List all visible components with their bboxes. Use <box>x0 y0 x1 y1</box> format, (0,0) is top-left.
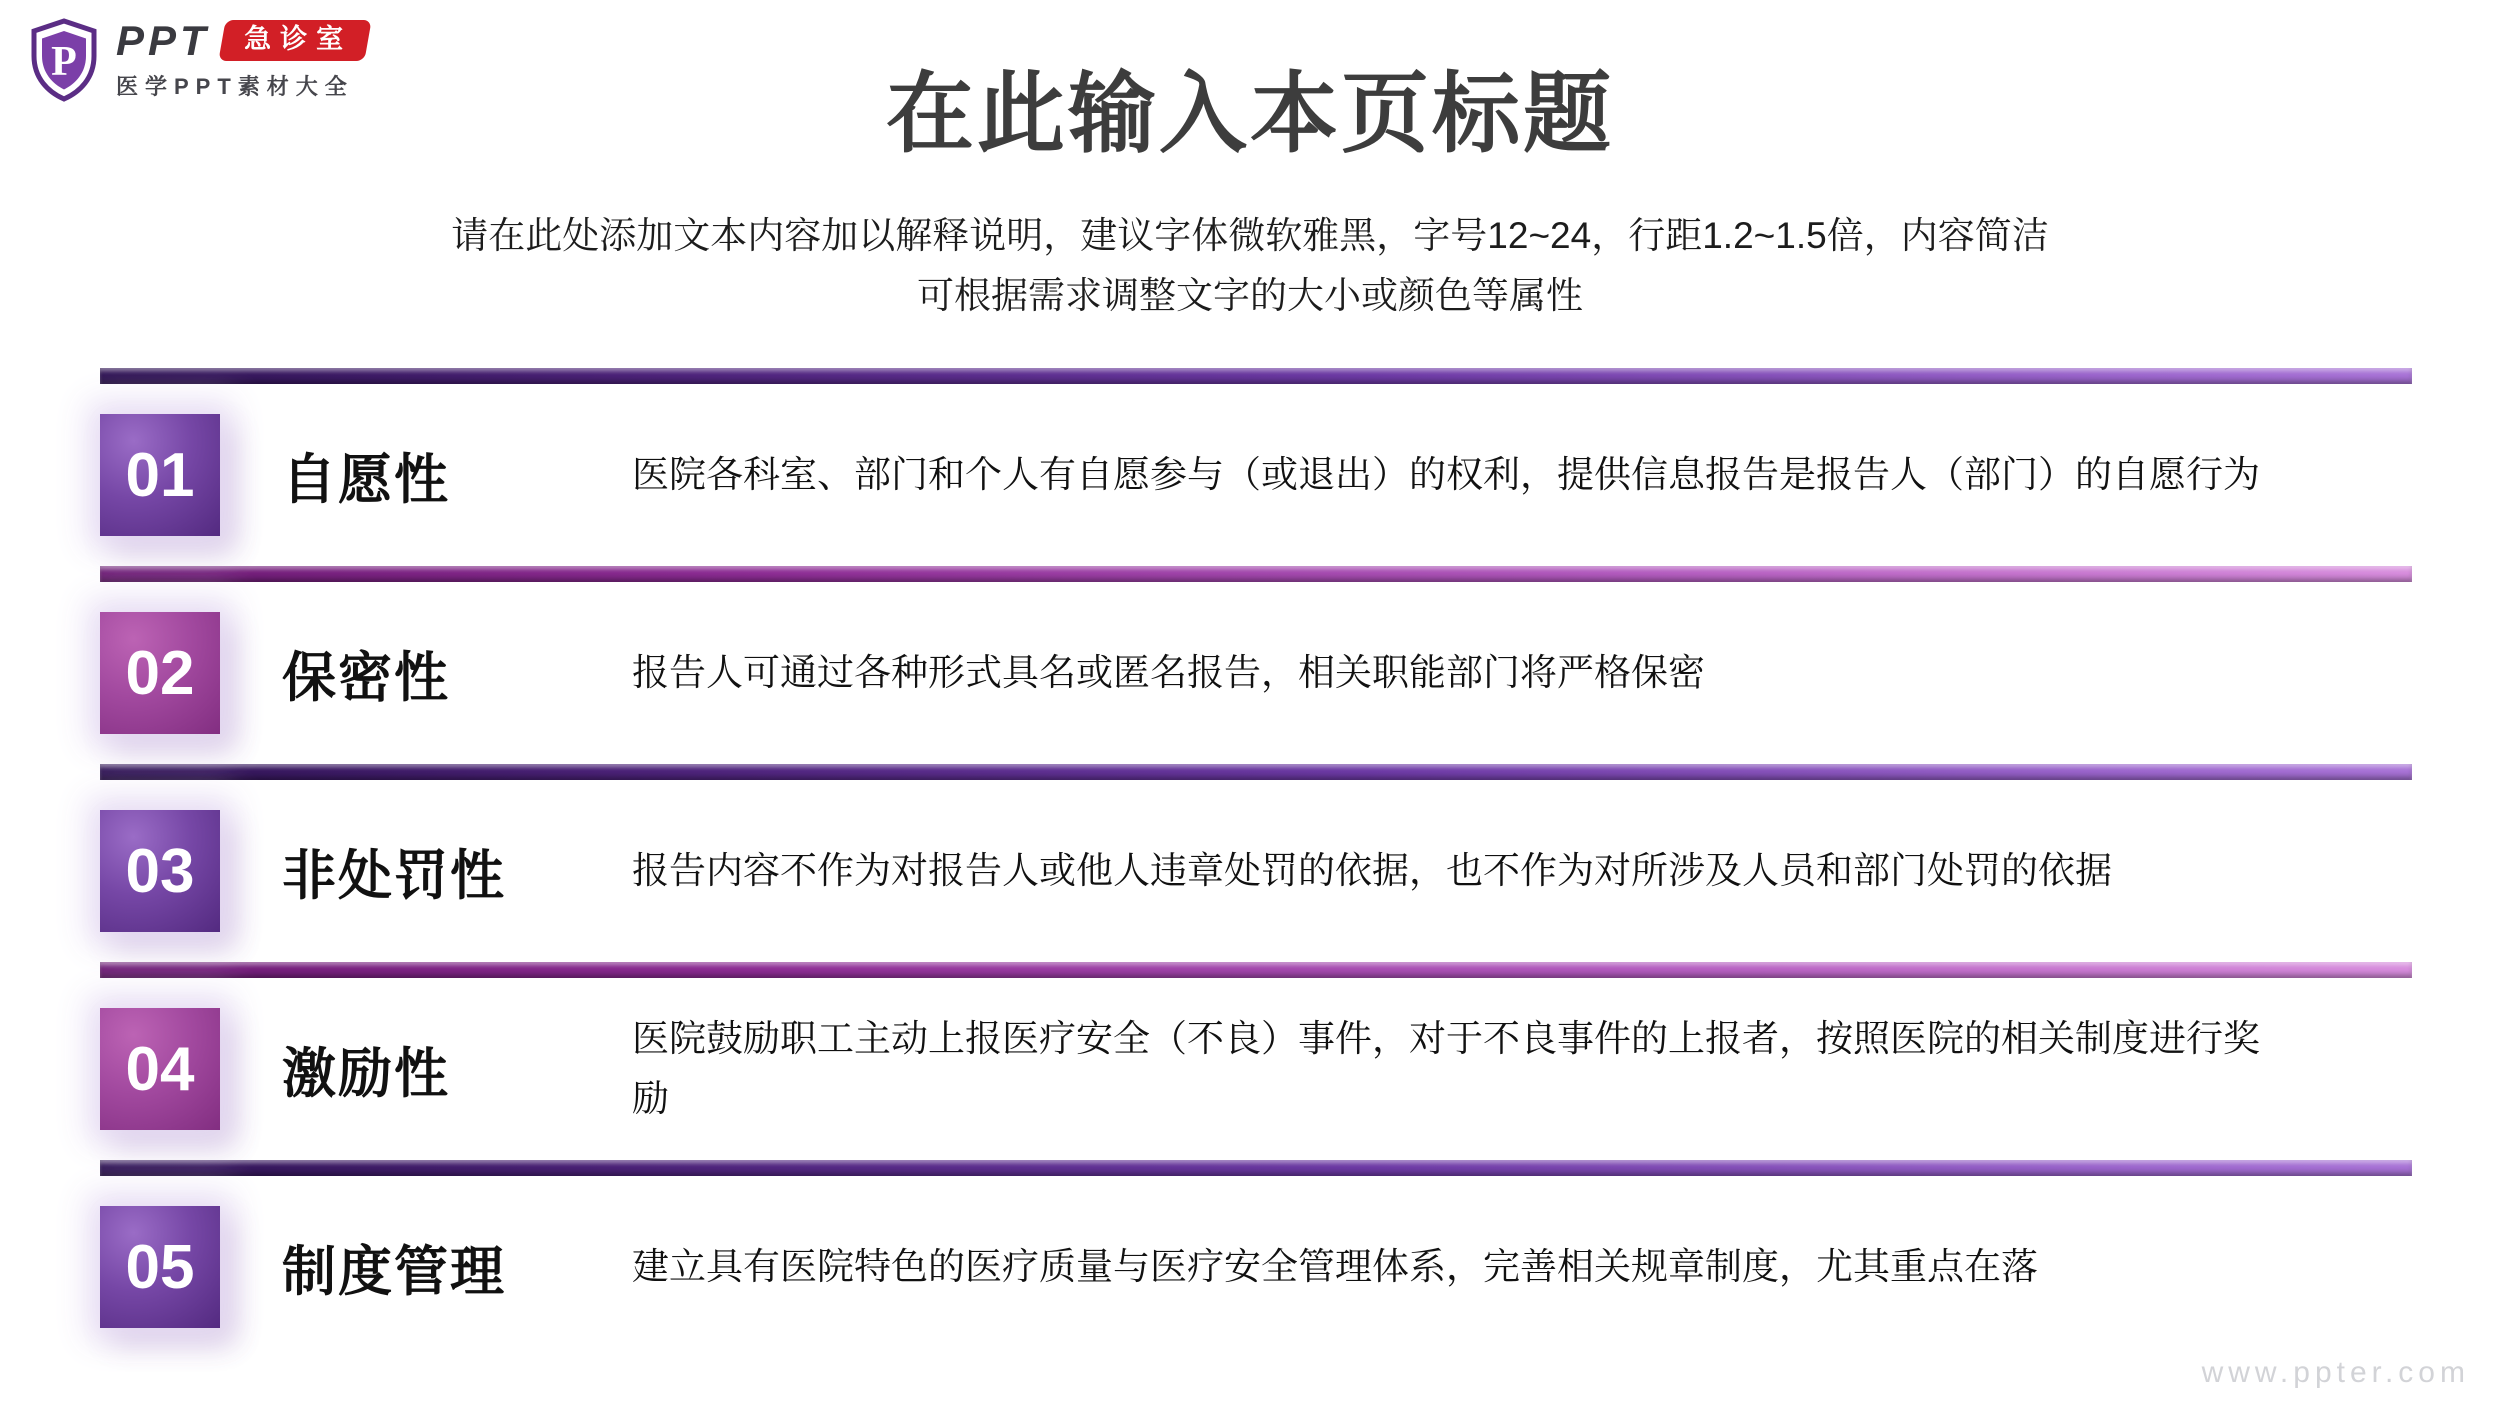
row-label: 制度管理 <box>282 1229 632 1306</box>
row-number-badge: 05 <box>100 1206 220 1328</box>
watermark: www.ppter.com <box>2202 1356 2470 1390</box>
row-number-badge: 04 <box>100 1008 220 1130</box>
row-separator-bar <box>100 962 2412 978</box>
row-description: 报告内容不作为对报告人或他人违章处罚的依据，也不作为对所涉及人员和部门处罚的依据 <box>632 841 2312 901</box>
row-description: 报告人可通过各种形式具名或匿名报告，相关职能部门将严格保密 <box>632 643 2312 703</box>
row-separator-bar <box>100 1160 2412 1176</box>
list-item: 01 自愿性 医院各科室、部门和个人有自愿参与（或退出）的权利，提供信息报告是报… <box>100 368 2412 566</box>
row-separator-bar <box>100 566 2412 582</box>
page-title: 在此输入本页标题 <box>0 44 2500 170</box>
row-number-badge: 03 <box>100 810 220 932</box>
row-separator-bar <box>100 368 2412 384</box>
list-item: 05 制度管理 建立具有医院特色的医疗质量与医疗安全管理体系，完善相关规章制度，… <box>100 1160 2412 1358</box>
row-description: 医院各科室、部门和个人有自愿参与（或退出）的权利，提供信息报告是报告人（部门）的… <box>632 445 2312 505</box>
list-item: 02 保密性 报告人可通过各种形式具名或匿名报告，相关职能部门将严格保密 <box>100 566 2412 764</box>
list-item: 04 激励性 医院鼓励职工主动上报医疗安全（不良）事件，对于不良事件的上报者，按… <box>100 962 2412 1160</box>
page-subtitle-line2: 可根据需求调整文字的大小或颜色等属性 <box>0 266 2500 326</box>
page-subtitle-line1: 请在此处添加文本内容加以解释说明，建议字体微软雅黑，字号12~24，行距1.2~… <box>0 206 2500 266</box>
principles-list: 01 自愿性 医院各科室、部门和个人有自愿参与（或退出）的权利，提供信息报告是报… <box>100 368 2412 1358</box>
row-label: 保密性 <box>282 635 632 712</box>
row-number-badge: 02 <box>100 612 220 734</box>
page-subtitle: 请在此处添加文本内容加以解释说明，建议字体微软雅黑，字号12~24，行距1.2~… <box>0 206 2500 326</box>
row-number-badge: 01 <box>100 414 220 536</box>
row-separator-bar <box>100 764 2412 780</box>
slide: P PPT 急诊室 医学PPT素材大全 在此输入本页标题 请在此处添加文本内容加… <box>0 0 2500 1406</box>
row-label: 非处罚性 <box>282 833 632 910</box>
row-description: 建立具有医院特色的医疗质量与医疗安全管理体系，完善相关规章制度，尤其重点在落 <box>632 1237 2312 1297</box>
row-label: 激励性 <box>282 1031 632 1108</box>
row-description: 医院鼓励职工主动上报医疗安全（不良）事件，对于不良事件的上报者，按照医院的相关制… <box>632 1009 2312 1129</box>
row-label: 自愿性 <box>282 437 632 514</box>
list-item: 03 非处罚性 报告内容不作为对报告人或他人违章处罚的依据，也不作为对所涉及人员… <box>100 764 2412 962</box>
